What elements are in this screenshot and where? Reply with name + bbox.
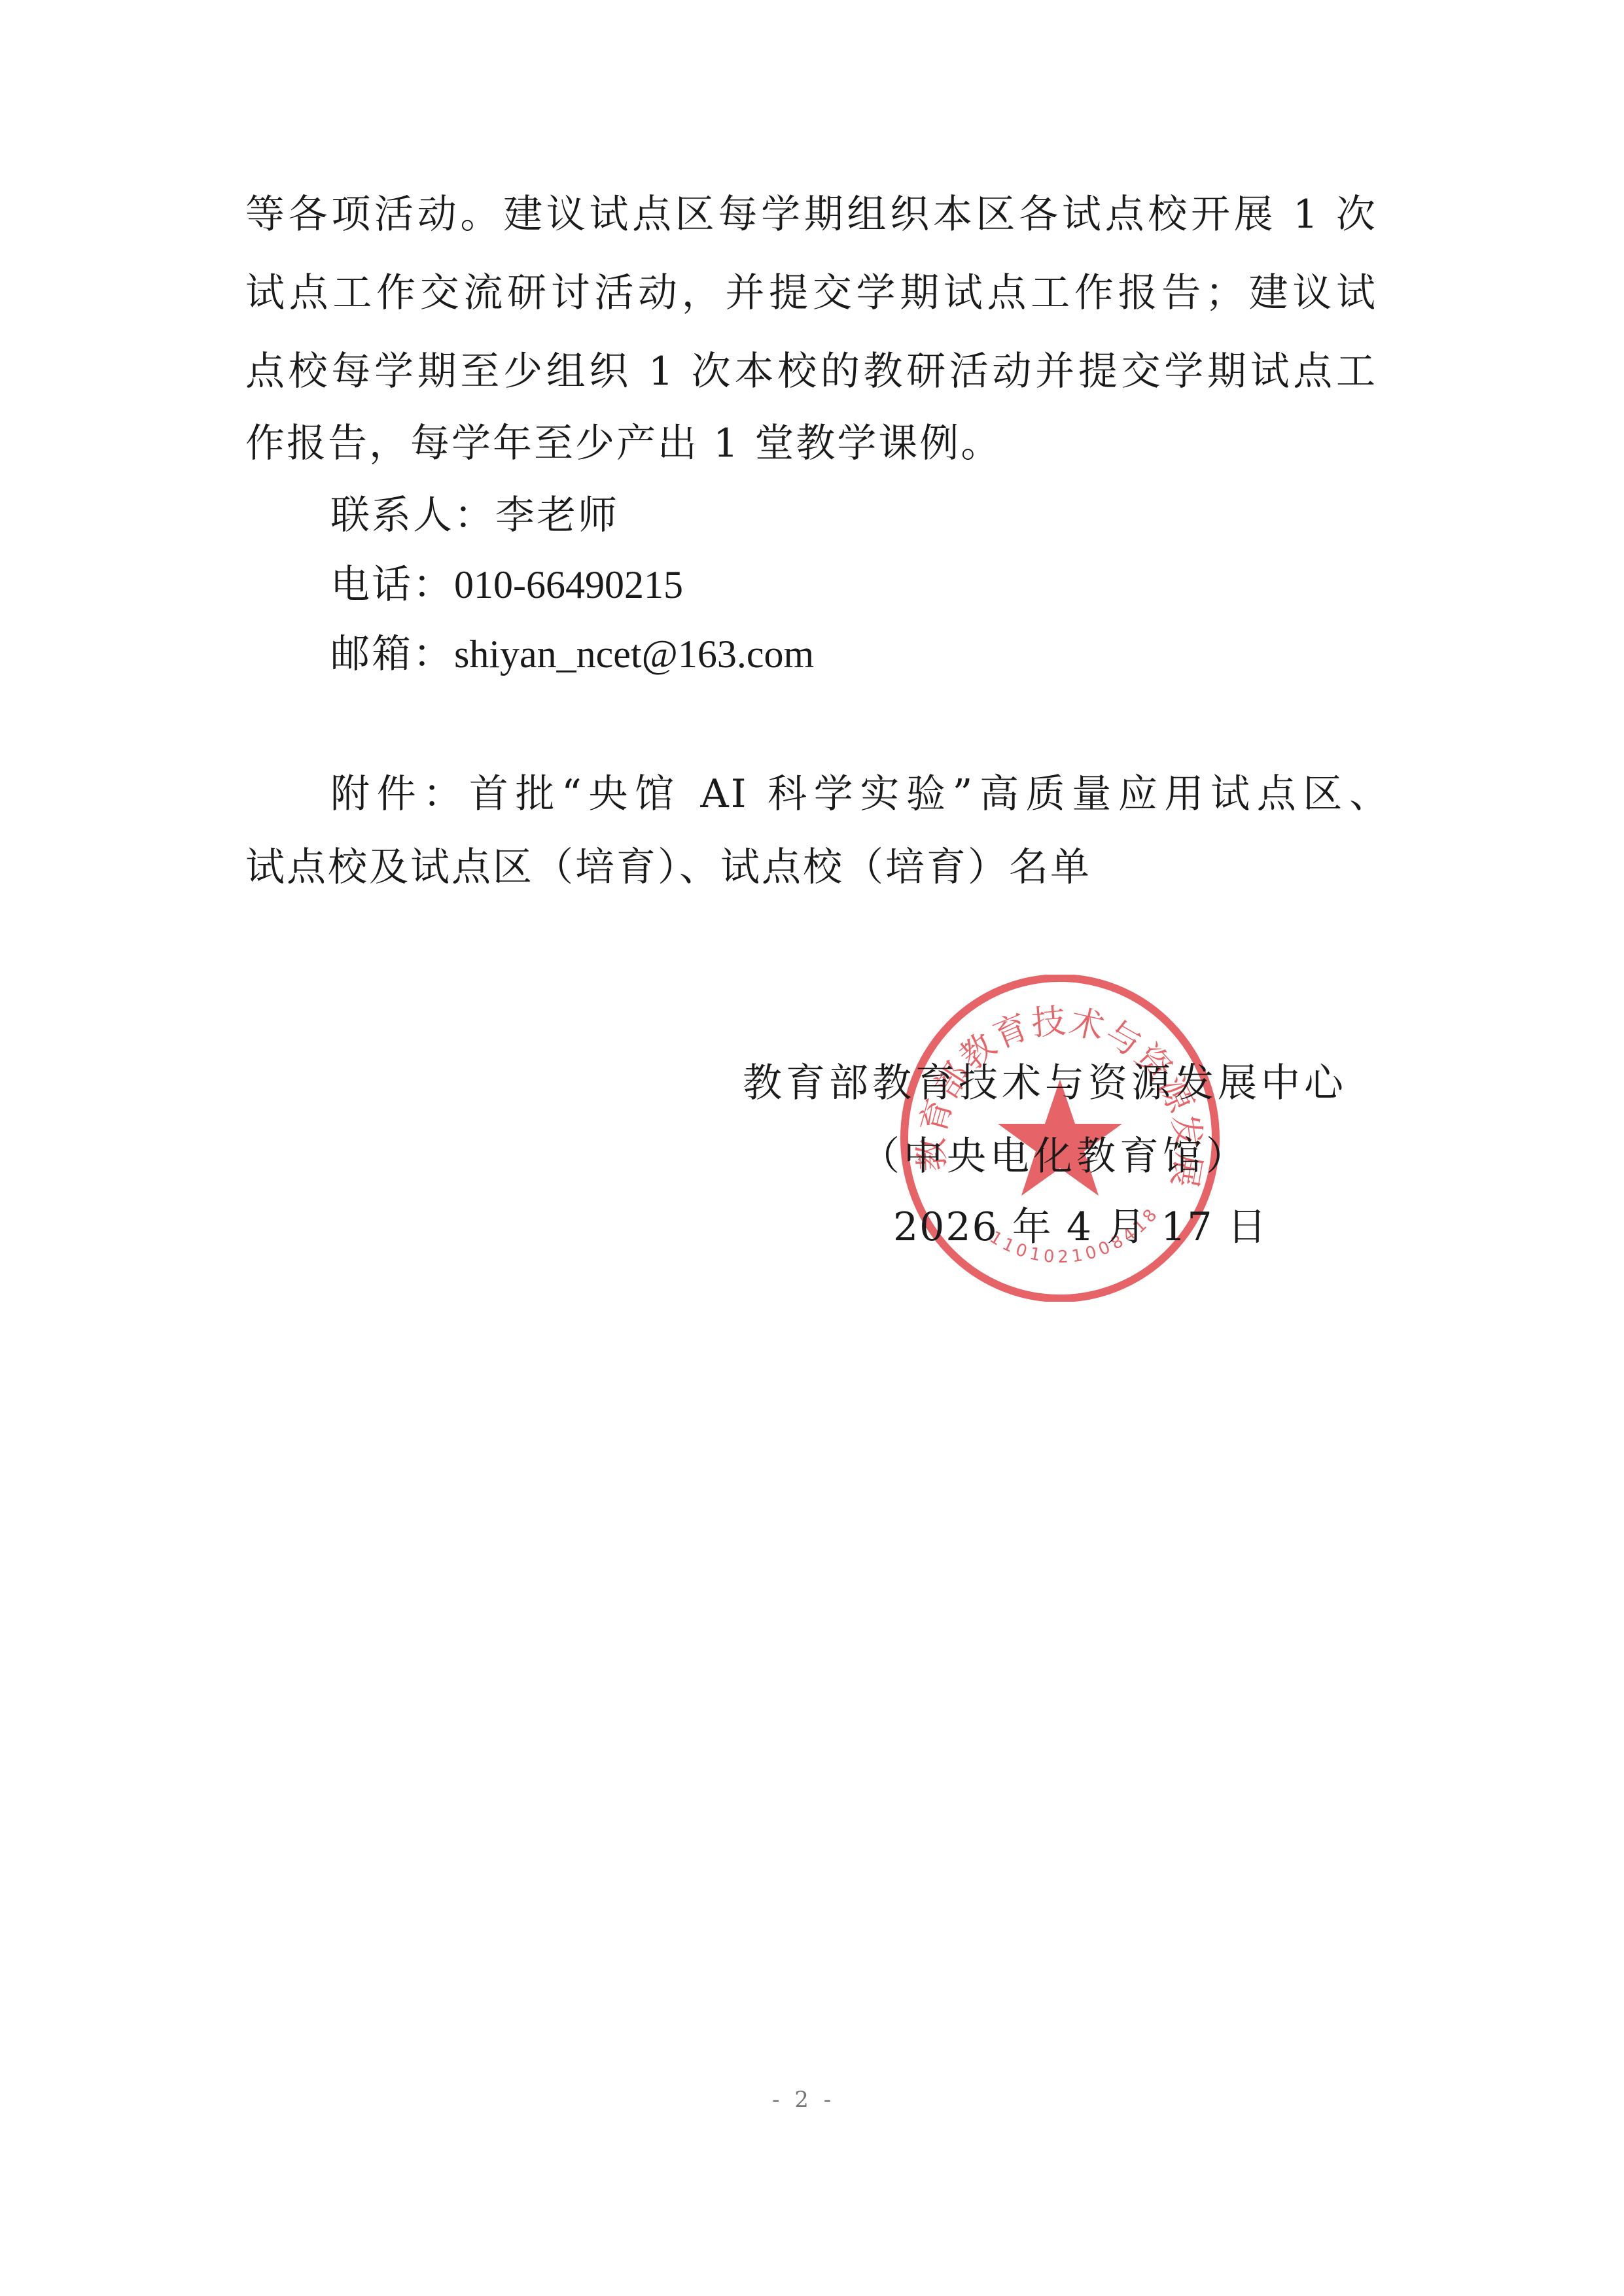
contact-email-label: 邮箱： (330, 631, 454, 677)
contact-phone-label: 电话： (330, 562, 454, 608)
signature-org: 教育部教育技术与资源发展中心 (743, 1060, 1347, 1107)
contact-email-value[interactable]: shiyan_ncet@163.com (454, 633, 814, 676)
page-number: - 2 - (772, 2087, 835, 2113)
contact-email: 邮箱：shiyan_ncet@163.com (330, 631, 814, 678)
paragraph-line-1: 等各项活动。建议试点区每学期组织本区各试点校开展 1 次 (245, 191, 1377, 238)
contact-person: 联系人：李老师 (330, 492, 619, 539)
paragraph-line-4: 作报告，每学年至少产出 1 堂教学课例。 (245, 420, 1377, 467)
attachment-line-1: 附件：首批“央馆 AI 科学实验”高质量应用试点区、 (330, 771, 1390, 818)
paragraph-line-3: 点校每学期至少组织 1 次本校的教研活动并提交学期试点工 (245, 348, 1377, 395)
document-page: 等各项活动。建议试点区每学期组织本区各试点校开展 1 次 试点工作交流研讨活动，… (0, 0, 1624, 2296)
contact-person-value: 李老师 (495, 493, 619, 538)
paragraph-line-2: 试点工作交流研讨活动，并提交学期试点工作报告；建议试 (245, 270, 1377, 317)
attachment-line-2: 试点校及试点区（培育）、试点校（培育）名单 (245, 844, 1091, 891)
signature-org-alias: （中央电化教育馆） (860, 1133, 1249, 1180)
contact-phone: 电话：010-66490215 (330, 561, 683, 608)
contact-phone-value: 010-66490215 (454, 563, 683, 606)
contact-person-label: 联系人： (330, 493, 495, 538)
signature-date: 2026 年 4 月 17 日 (893, 1204, 1268, 1251)
